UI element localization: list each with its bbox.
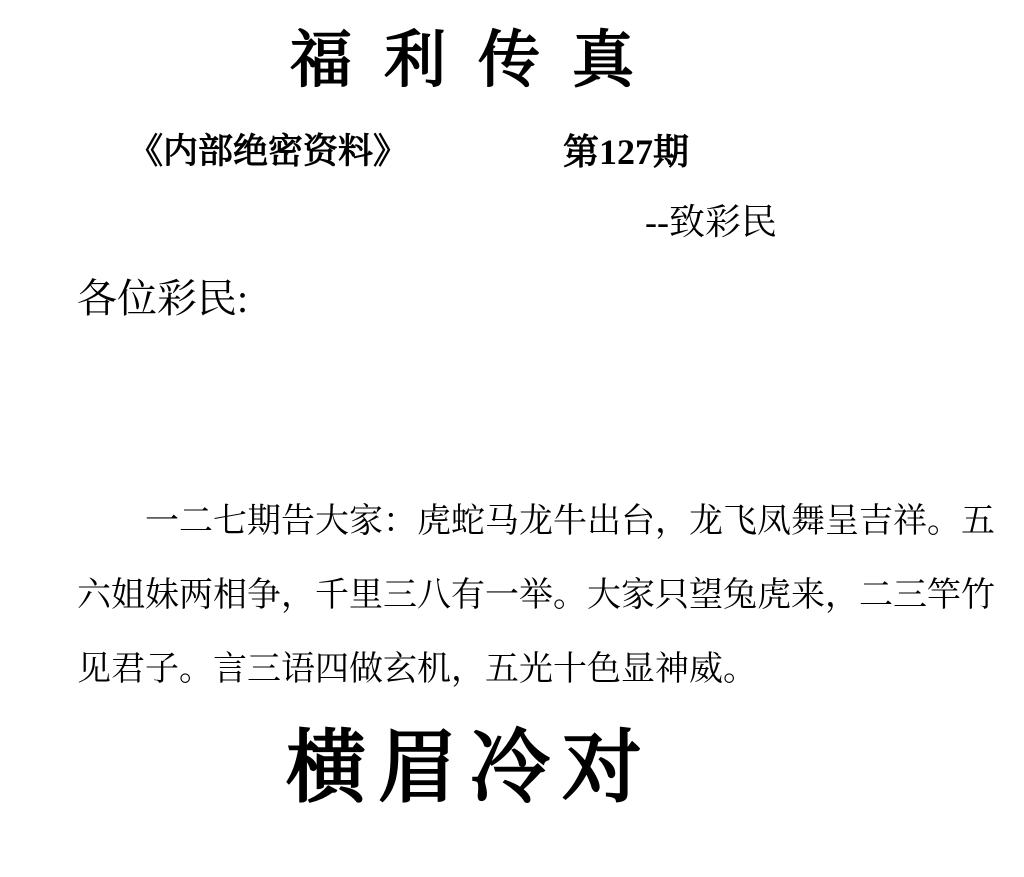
document-title: 福利传真 [290, 24, 666, 95]
dedication-line: --致彩民 [645, 202, 777, 243]
body-line-1: 一二七期告大家：虎蛇马龙牛出台，龙飞凤舞呈吉祥。五 [77, 485, 1007, 559]
body-line-3: 见君子。言三语四做玄机，五光十色显神威。 [77, 633, 1007, 707]
fax-document-page: 福利传真 《内部绝密资料》 第127期 --致彩民 各位彩民: 一二七期告大家：… [0, 0, 1024, 877]
bottom-headline: 横眉冷对 [286, 723, 654, 815]
letter-body: 一二七期告大家：虎蛇马龙牛出台，龙飞凤舞呈吉祥。五 六姐妹两相争，千里三八有一举… [77, 485, 1007, 707]
salutation: 各位彩民: [77, 276, 248, 322]
classified-label: 《内部绝密资料》 [128, 132, 408, 172]
issue-number: 第127期 [563, 132, 689, 173]
body-line-2: 六姐妹两相争，千里三八有一举。大家只望兔虎来，二三竿竹 [77, 559, 1007, 633]
